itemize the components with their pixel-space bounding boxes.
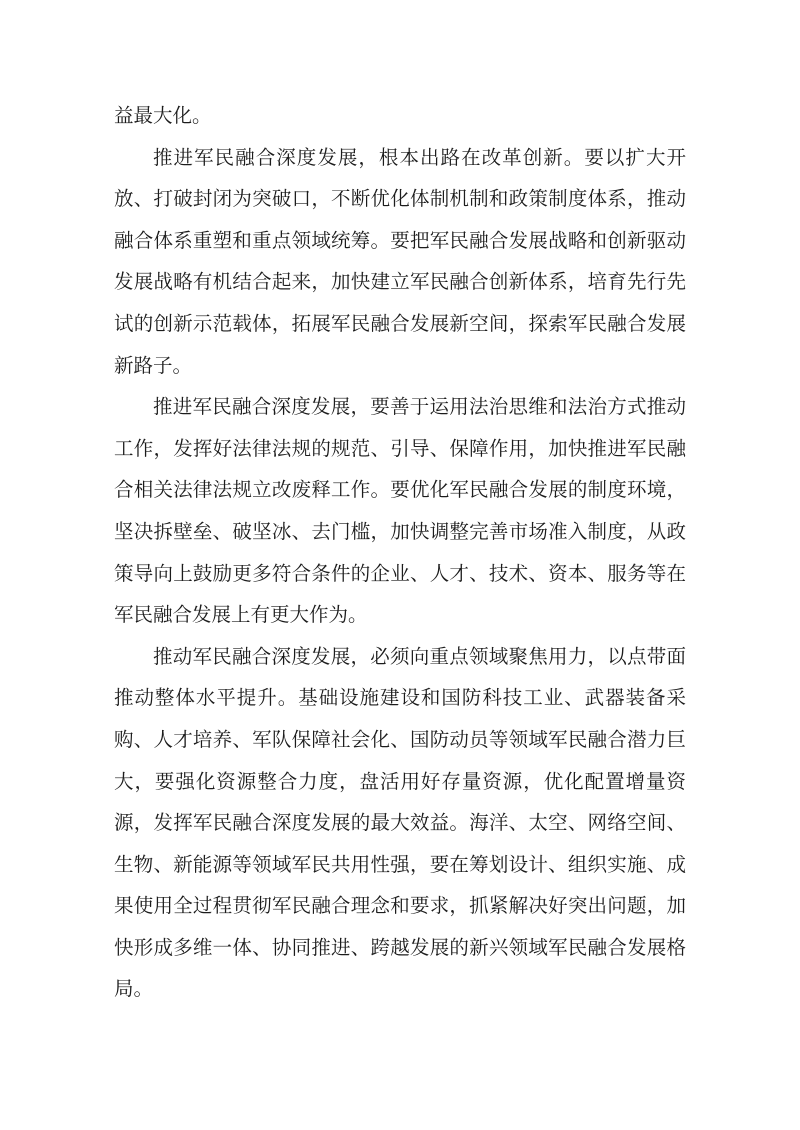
text-line: 发展战略有机结合起来，加快建立军民融合创新体系，培育先行先 [114, 262, 686, 304]
text-line: 工作，发挥好法律法规的规范、引导、保障作用，加快推进军民融 [114, 429, 686, 471]
text-line: 坚决拆壁垒、破坚冰、去门槛，加快调整完善市场准入制度，从政 [114, 512, 686, 554]
text-line: 源，发挥军民融合深度发展的最大效益。海洋、太空、网络空间、 [114, 803, 686, 845]
text-line: 放、打破封闭为突破口，不断优化体制机制和政策制度体系，推动 [114, 179, 686, 221]
text-line: 益最大化。 [114, 96, 686, 138]
text-line: 大，要强化资源整合力度，盘活用好存量资源，优化配置增量资 [114, 762, 686, 804]
text-line: 局。 [114, 969, 686, 1011]
text-line: 新路子。 [114, 346, 686, 388]
text-line: 融合体系重塑和重点领域统筹。要把军民融合发展战略和创新驱动 [114, 221, 686, 263]
text-line: 推进军民融合深度发展，根本出路在改革创新。要以扩大开 [114, 138, 686, 180]
text-line: 果使用全过程贯彻军民融合理念和要求，抓紧解决好突出问题，加 [114, 886, 686, 928]
text-line: 快形成多维一体、协同推进、跨越发展的新兴领域军民融合发展格 [114, 928, 686, 970]
text-line: 合相关法律法规立改废释工作。要优化军民融合发展的制度环境， [114, 470, 686, 512]
text-line: 军民融合发展上有更大作为。 [114, 595, 686, 637]
text-line: 试的创新示范载体，拓展军民融合发展新空间，探索军民融合发展 [114, 304, 686, 346]
text-line: 推进军民融合深度发展，要善于运用法治思维和法治方式推动 [114, 387, 686, 429]
text-line: 策导向上鼓励更多符合条件的企业、人才、技术、资本、服务等在 [114, 554, 686, 596]
document-text-block: 益最大化。推进军民融合深度发展，根本出路在改革创新。要以扩大开放、打破封闭为突破… [114, 96, 686, 1011]
text-line: 推动整体水平提升。基础设施建设和国防科技工业、武器装备采 [114, 678, 686, 720]
text-line: 推动军民融合深度发展，必须向重点领域聚焦用力，以点带面 [114, 637, 686, 679]
document-page: 益最大化。推进军民融合深度发展，根本出路在改革创新。要以扩大开放、打破封闭为突破… [0, 0, 800, 1130]
text-line: 购、人才培养、军队保障社会化、国防动员等领域军民融合潜力巨 [114, 720, 686, 762]
text-line: 生物、新能源等领域军民共用性强，要在筹划设计、组织实施、成 [114, 845, 686, 887]
